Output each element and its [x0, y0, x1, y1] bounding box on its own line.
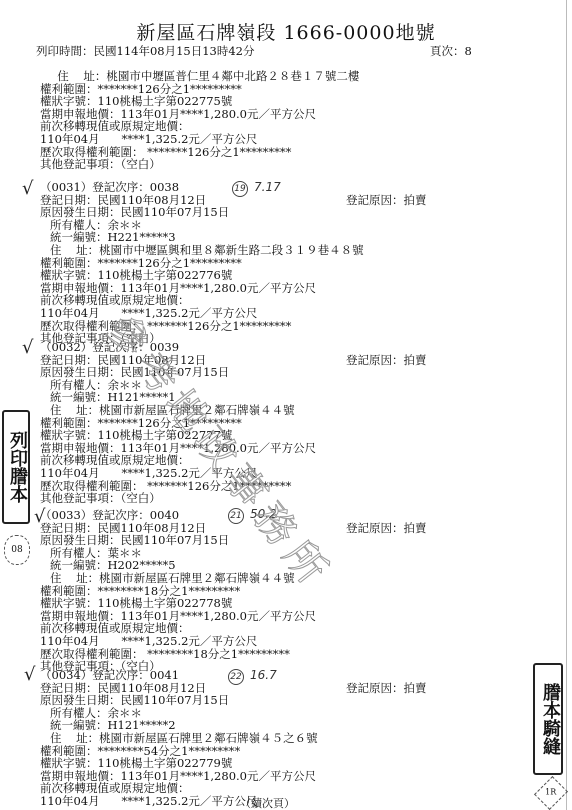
cause-date: 原因發生日期：民國110年07月15日: [40, 694, 318, 707]
right-seal: 1R: [534, 776, 568, 810]
document-page: 新屋區石牌嶺段 1666-0000地號 列印時間：民國114年08月15日13時…: [0, 0, 572, 810]
previous-record-tail: 住 址：桃園市中壢區普仁里４鄰中北路２８巷１７號二樓 權利範圍：*******1…: [40, 70, 359, 171]
other-line: 其他登記事項：（空白）: [40, 158, 359, 171]
check-mark-icon: √: [24, 664, 35, 685]
cert-line: 權狀字號：110桃楊土字第022775號: [40, 95, 359, 108]
certificate-number: 權狀字號：110桃楊土字第022778號: [40, 597, 316, 610]
registration-reason: 登記原因：拍賣: [346, 680, 427, 696]
check-mark-icon: √: [22, 178, 33, 199]
prev-value: 110年04月 ****1,325.2元／平方公尺: [40, 635, 316, 648]
left-stamp: 列印謄本: [2, 410, 30, 524]
continued-next-page: （續次頁）: [240, 795, 295, 810]
prev-value: 110年04月 ****1,325.2元／平方公尺: [40, 307, 364, 320]
document-title: 新屋區石牌嶺段 1666-0000地號: [0, 18, 572, 45]
cause-date: 原因發生日期：民國110年07月15日: [40, 206, 364, 219]
record-0034: （0034）登記次序：0041 登記日期：民國110年08月12日 原因發生日期…: [40, 669, 318, 808]
right-stamp: 謄本騎縫: [533, 663, 563, 775]
certificate-number: 權狀字號：110桃楊土字第022779號: [40, 757, 318, 770]
address-line: 住 址：桃園市中壢區普仁里４鄰中北路２８巷１７號二樓: [40, 70, 359, 83]
record-header: （0034）登記次序：0041: [40, 669, 318, 682]
registration-reason: 登記原因：拍賣: [346, 352, 427, 368]
page-edge-line: [566, 0, 567, 810]
address: 住 址：桃園市新屋區石牌里２鄰石牌嶺４４號: [40, 572, 316, 585]
prev-value-line: 110年04月 ****1,325.2元／平方公尺: [40, 133, 359, 146]
print-time: 列印時間：民國114年08月15日13時42分: [36, 43, 254, 59]
check-mark-icon: √: [22, 337, 33, 358]
page-number: 頁次：8: [430, 43, 472, 59]
record-0031: （0031）登記次序：0038 登記日期：民國110年08月12日 原因發生日期…: [40, 181, 364, 345]
left-seal: 08: [4, 535, 30, 565]
record-header: （0031）登記次序：0038: [40, 181, 364, 194]
address: 住 址：桃園市新屋區石牌里２鄰石牌嶺４５之６號: [40, 732, 318, 745]
certificate-number: 權狀字號：110桃楊土字第022776號: [40, 269, 364, 282]
address: 住 址：桃園市中壢區興和里８鄰新生路二段３１９巷４８號: [40, 244, 364, 257]
registration-reason: 登記原因：拍賣: [346, 520, 427, 536]
